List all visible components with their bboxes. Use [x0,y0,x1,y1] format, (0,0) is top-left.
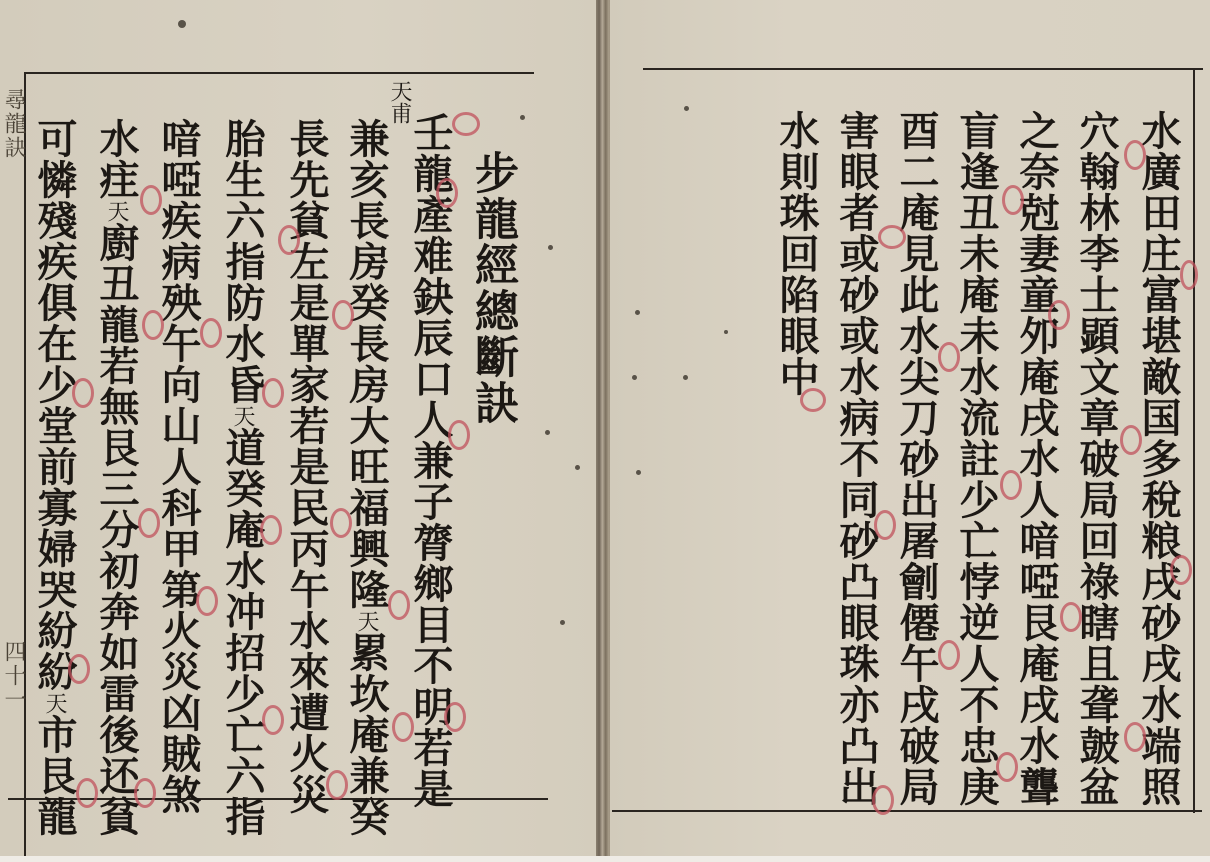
red-punctuation-mark [260,515,282,545]
red-punctuation-mark [278,225,300,255]
paper-spot [684,106,689,111]
margin-label: 尋龍訣 [2,88,24,160]
insert-note: 天 [354,610,379,632]
insert-note: 天 [104,200,129,222]
red-punctuation-mark [326,770,348,800]
paper-spot [520,115,525,120]
text-column: 盲逢丑未庵未水流註少亡悖逆人不忠庚 [956,110,996,807]
paper-spot [545,430,550,435]
paper-spot [635,310,640,315]
column-continuation: 市艮龍 [31,714,78,837]
red-punctuation-mark [444,702,466,732]
paper-spot [632,375,637,380]
red-punctuation-mark [872,785,894,815]
paper-spot [548,245,553,250]
red-punctuation-mark [874,510,896,540]
left-page-margin-rule [24,72,26,862]
red-punctuation-mark [196,586,218,616]
paper-spot [636,470,641,475]
red-punctuation-mark [436,178,458,208]
red-punctuation-mark [200,318,222,348]
text-column: 水廣田庄富堪敵国多稅粮戌砂戌水端照 [1138,110,1178,807]
red-punctuation-mark [1124,722,1146,752]
red-punctuation-mark [68,654,90,684]
photo-bottom-border [0,856,1210,862]
red-punctuation-mark [452,112,480,136]
red-punctuation-mark [392,712,414,742]
red-punctuation-mark [1170,555,1192,585]
column-continuation: 累坎庵兼癸 [343,632,390,837]
red-punctuation-mark [1000,470,1022,500]
insert-note: 天 [230,405,255,427]
red-punctuation-mark [448,420,470,450]
red-punctuation-mark [1124,140,1146,170]
red-punctuation-mark [800,388,826,412]
text-column: 酉二庵見此水尖刀砂出屠劊僊午戌破局 [896,110,936,807]
paper-spot [724,330,728,334]
red-punctuation-mark [332,300,354,330]
red-punctuation-mark [134,778,156,808]
column-main: 可憐殘疾俱在少堂前寡婦哭紛紛 [31,118,78,692]
red-punctuation-mark [262,705,284,735]
red-punctuation-mark [996,752,1018,782]
red-punctuation-mark [142,310,164,340]
red-punctuation-mark [1120,425,1142,455]
column-main: 水疰 [93,118,140,200]
text-column: 兼亥長房癸長房大旺福興隆天累坎庵兼癸 [346,118,386,837]
red-punctuation-mark [1002,185,1024,215]
paper-spot [575,465,580,470]
text-column: 穴翰林李士顕文章破局回祿瞎且聋皷盆 [1076,110,1116,807]
text-column: 水則珠回陷眼中 [776,110,816,397]
red-punctuation-mark [1048,300,1070,330]
paper-spot [683,375,688,380]
title-column: 步龍經總斷訣 [470,150,514,426]
red-punctuation-mark [330,508,352,538]
text-column: 長先貧左是單家若是民丙午水來遭火災 [286,118,326,815]
paper-spot [178,20,186,28]
text-column: 之奈尅妻童夘庵戌水人喑啞艮庵戌水聾 [1016,110,1056,807]
red-punctuation-mark [388,590,410,620]
red-punctuation-mark [938,342,960,372]
red-punctuation-mark [72,378,94,408]
right-page-top-rule [643,68,1203,70]
page-number: 四十一 [2,640,24,712]
column-continuation: 廚丑龍若無艮三分初奔如雷後还貧 [93,222,140,837]
text-column: 壬龍產难鈌辰口人兼子膂鄉目不明若是 [410,112,450,809]
column-main: 胎生六指防水昏 [219,118,266,405]
red-punctuation-mark [878,225,906,249]
column-main: 兼亥長房癸長房大旺福興隆 [343,118,390,610]
red-punctuation-mark [76,778,98,808]
column-continuation: 道癸庵水冲招少亡六指 [219,427,266,837]
red-punctuation-mark [140,185,162,215]
red-punctuation-mark [1060,602,1082,632]
red-punctuation-mark [262,378,284,408]
text-column: 害眼者或砂或水病不同砂凸眼珠亦凸出 [836,110,876,807]
text-column: 喑啞疾病殃午向山人科甲第火災凶賊煞 [158,118,198,815]
red-punctuation-mark [938,640,960,670]
right-page-bottom-rule [612,810,1202,812]
left-page-top-rule [24,72,534,74]
text-column: 水疰天廚丑龍若無艮三分初奔如雷後还貧 [96,118,136,837]
insert-note: 天 [42,692,67,714]
text-column: 可憐殘疾俱在少堂前寡婦哭紛紛天市艮龍 [34,118,74,837]
right-page-margin-rule [1193,68,1195,813]
red-punctuation-mark [1180,260,1198,290]
text-column: 胎生六指防水昏天道癸庵水冲招少亡六指 [222,118,262,837]
paper-spot [560,620,565,625]
red-punctuation-mark [138,508,160,538]
